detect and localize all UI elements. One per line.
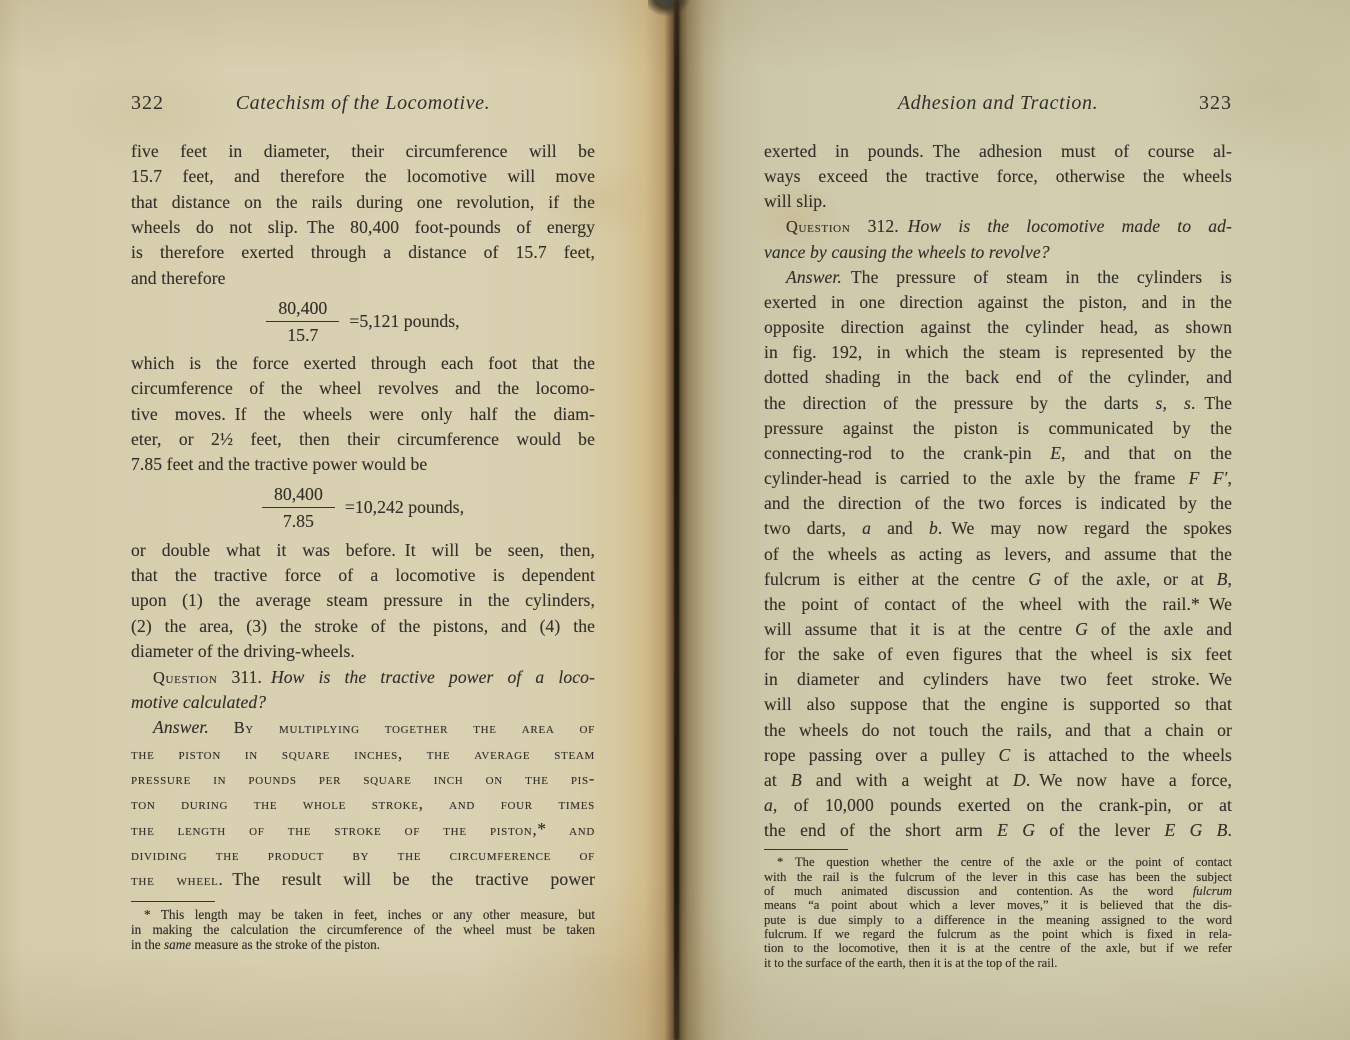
text-run: that distance on the rails during one re…: [131, 192, 595, 212]
footnote: * The question whether the centre of the…: [764, 849, 1232, 970]
text-line: Question 311. How is the tractive power …: [131, 665, 595, 690]
text-line: Answer. The pressure of steam in the cyl…: [764, 265, 1232, 290]
text-line: dotted shading in the back end of the cy…: [764, 365, 1232, 390]
text-line: opposite direction against the cylinder …: [764, 315, 1232, 340]
text-run: a: [862, 518, 871, 538]
spine-headband: [648, 0, 690, 16]
text-run: ton during the whole stroke, and four ti…: [131, 794, 595, 813]
text-line: and the direction of the two forces is i…: [764, 491, 1232, 516]
equation: 80,40015.7=5,121 pounds,: [131, 291, 595, 351]
text-run: of much animated discussion and contenti…: [764, 884, 1193, 898]
text-run: pressure in pounds per square inch on th…: [131, 769, 595, 788]
text-run: 311.: [217, 667, 270, 687]
text-run: two darts,: [764, 518, 862, 538]
text-line: circumference of the wheel revolves and …: [131, 376, 595, 401]
page-number: 323: [1199, 92, 1232, 115]
text-line: is therefore exerted through a distance …: [131, 240, 595, 265]
text-line: ton during the whole stroke, and four ti…: [131, 791, 595, 816]
text-run: measure as the stroke of the piston.: [191, 937, 380, 952]
text-run: of the lever: [1035, 820, 1164, 840]
text-line: vance by causing the wheels to revolve?: [764, 240, 1232, 265]
text-run: B: [1217, 569, 1228, 589]
text-run: 7.85 feet and the tractive power would b…: [131, 454, 427, 474]
fraction-numerator: 80,400: [266, 296, 339, 320]
text-run: * This length may be taken in feet, inch…: [144, 907, 595, 922]
text-run: dividing the product by the circumferenc…: [131, 845, 595, 864]
text-line: Question 312. How is the locomotive made…: [764, 214, 1232, 239]
text-run: exerted in pounds. The adhesion must of …: [764, 141, 1232, 161]
text-run: Answer.: [153, 717, 209, 737]
text-run: 15.7 feet, and therefore the locomotive …: [131, 166, 595, 186]
text-line: pute is due simply to a difference in th…: [764, 913, 1232, 927]
text-run: will assume that it is at the centre: [764, 619, 1075, 639]
text-run: E: [1050, 443, 1061, 463]
text-run: fulcrum is either at the centre: [764, 569, 1028, 589]
page-body: exerted in pounds. The adhesion must of …: [764, 139, 1232, 843]
text-run: will slip.: [764, 191, 827, 211]
text-line: pressure in pounds per square inch on th…: [131, 766, 595, 791]
text-run: in diameter and cylinders have two feet …: [764, 669, 1232, 689]
text-run: rope passing over a pulley: [764, 745, 998, 765]
text-run: ways exceed the tractive force, otherwis…: [764, 166, 1232, 186]
text-run: a: [764, 795, 773, 815]
page-body: five feet in diameter, their circumferen…: [131, 139, 595, 893]
text-run: and the direction of the two forces is i…: [764, 493, 1232, 513]
text-run: The pressure of steam in the cylinders i…: [842, 267, 1232, 287]
fraction: 80,40015.7: [266, 296, 339, 347]
text-line: of much animated discussion and contenti…: [764, 884, 1232, 898]
fraction: 80,4007.85: [262, 482, 335, 533]
text-line: fulcrum is either at the centre G of the…: [764, 567, 1232, 592]
text-run: b: [929, 518, 938, 538]
fraction-denominator: 15.7: [275, 323, 330, 347]
text-run: and: [871, 518, 929, 538]
text-run: cylinder-head is carried to the axle by …: [764, 468, 1189, 488]
text-line: eter, or 2½ feet, then their circumferen…: [131, 427, 595, 452]
footnote-lines: * This length may be taken in feet, inch…: [131, 907, 595, 953]
text-line: 15.7 feet, and therefore the locomotive …: [131, 164, 595, 189]
text-run: upon (1) the average steam pressure in t…: [131, 590, 595, 610]
text-run: Answer.: [786, 267, 842, 287]
text-run: and therefore: [131, 268, 226, 288]
text-run: and: [569, 820, 595, 839]
page-header: 322 Catechism of the Locomotive.: [131, 92, 595, 116]
text-line: the wheels do not touch the rails, and t…: [764, 718, 1232, 743]
text-run: G: [1028, 569, 1041, 589]
text-run: G: [1075, 619, 1088, 639]
text-line: rope passing over a pulley C is attached…: [764, 743, 1232, 768]
text-run: in making the calculation the circumfere…: [131, 922, 595, 937]
text-run: vance by causing the wheels to revolve?: [764, 242, 1050, 262]
book-spread: 322 Catechism of the Locomotive. five fe…: [0, 0, 1350, 1040]
text-line: in the same measure as the stroke of the…: [131, 937, 595, 952]
text-run: How is the locomotive made to ad-: [908, 216, 1232, 236]
text-run: circumference of the wheel revolves and …: [131, 378, 595, 398]
text-line: * This length may be taken in feet, inch…: [131, 907, 595, 922]
text-run: , of 10,000 pounds exerted on the crank-…: [773, 795, 1232, 815]
text-line: five feet in diameter, their circumferen…: [131, 139, 595, 164]
fraction-bar: [262, 507, 335, 508]
footnote-rule: [131, 901, 215, 902]
text-run: connecting-rod to the crank-pin: [764, 443, 1050, 463]
text-line: which is the force exerted through each …: [131, 351, 595, 376]
text-run: .: [1228, 820, 1233, 840]
footnote: * This length may be taken in feet, inch…: [131, 901, 595, 953]
text-run: F F′: [1189, 468, 1228, 488]
text-run: motive calculated?: [131, 692, 266, 712]
page-right: Adhesion and Traction. 323 exerted in po…: [764, 92, 1232, 970]
text-line: the point of contact of the wheel with t…: [764, 592, 1232, 617]
text-line: tive moves. If the wheels were only half…: [131, 402, 595, 427]
text-line: will slip.: [764, 189, 1232, 214]
text-run: 312.: [850, 216, 907, 236]
text-line: connecting-rod to the crank-pin E, and t…: [764, 441, 1232, 466]
text-run: will also suppose that the engine is sup…: [764, 694, 1232, 714]
text-run: *: [537, 819, 569, 839]
text-line: and therefore: [131, 266, 595, 291]
equation-result: =5,121 pounds,: [349, 311, 459, 332]
text-run: opposite direction against the cylinder …: [764, 317, 1232, 337]
text-line: of the wheels as acting as levers, and a…: [764, 542, 1232, 567]
text-run: D: [1013, 770, 1026, 790]
text-run: E G B: [1164, 820, 1227, 840]
text-run: the piston in square inches, the average…: [131, 744, 595, 763]
text-line: in making the calculation the circumfere…: [131, 922, 595, 937]
text-line: two darts, a and b. We may now regard th…: [764, 516, 1232, 541]
footnote-rule: [764, 849, 848, 850]
text-run: of the axle, or at: [1041, 569, 1217, 589]
text-line: means “a point about which a lever moves…: [764, 898, 1232, 912]
running-title: Catechism of the Locomotive.: [131, 92, 595, 115]
text-line: tion to the locomotive, then it is at th…: [764, 941, 1232, 955]
text-line: motive calculated?: [131, 690, 595, 715]
text-line: ways exceed the tractive force, otherwis…: [764, 164, 1232, 189]
text-run: in the: [131, 937, 164, 952]
text-run: fulcrum: [1193, 884, 1232, 898]
footnote-lines: * The question whether the centre of the…: [764, 855, 1232, 970]
text-run: dotted shading in the back end of the cy…: [764, 367, 1232, 387]
text-run: with the rail is the fulcrum of the leve…: [764, 870, 1232, 884]
text-run: in fig. 192, in which the steam is repre…: [764, 342, 1232, 362]
text-line: will assume that it is at the centre G o…: [764, 617, 1232, 642]
equation: 80,4007.85=10,242 pounds,: [131, 478, 595, 538]
text-run: that the tractive force of a locomotive …: [131, 565, 595, 585]
text-line: the end of the short arm E G of the leve…: [764, 818, 1232, 843]
text-line: with the rail is the fulcrum of the leve…: [764, 870, 1232, 884]
equation-result: =10,242 pounds,: [345, 497, 464, 518]
fraction-denominator: 7.85: [271, 509, 326, 533]
text-run: the length of the stroke of the piston,: [131, 820, 537, 839]
text-line: the wheel. The result will be the tracti…: [131, 867, 595, 892]
text-run: of the wheels as acting as levers, and a…: [764, 544, 1232, 564]
text-line: for the sake of even figures that the wh…: [764, 642, 1232, 667]
text-run: B: [791, 770, 802, 790]
text-run: By multiplying together the area of: [234, 718, 595, 737]
text-run: How is the tractive power of a loco-: [271, 667, 595, 687]
text-run: (2) the area, (3) the stroke of the pist…: [131, 616, 595, 636]
text-line: cylinder-head is carried to the axle by …: [764, 466, 1232, 491]
text-run: five feet in diameter, their circumferen…: [131, 141, 595, 161]
text-run: s, s: [1156, 393, 1191, 413]
text-run: or double what it was before. It will be…: [131, 540, 595, 560]
text-run: exerted in one direction against the pis…: [764, 292, 1232, 312]
text-line: that the tractive force of a locomotive …: [131, 563, 595, 588]
text-run: Question: [153, 668, 217, 687]
page-header: Adhesion and Traction. 323: [764, 92, 1232, 116]
text-line: exerted in one direction against the pis…: [764, 290, 1232, 315]
text-run: . We may now regard the spokes: [938, 518, 1232, 538]
text-run: pressure against the piston is communica…: [764, 418, 1232, 438]
running-title: Adhesion and Traction.: [764, 92, 1232, 115]
text-run: ,: [1228, 468, 1233, 488]
text-run: the point of contact of the wheel with t…: [764, 594, 1232, 614]
text-run: , and that on the: [1061, 443, 1232, 463]
text-run: ,: [1228, 569, 1233, 589]
text-line: or double what it was before. It will be…: [131, 538, 595, 563]
text-line: dividing the product by the circumferenc…: [131, 842, 595, 867]
text-line: * The question whether the centre of the…: [764, 855, 1232, 869]
text-line: in diameter and cylinders have two feet …: [764, 667, 1232, 692]
text-line: (2) the area, (3) the stroke of the pist…: [131, 614, 595, 639]
text-line: in fig. 192, in which the steam is repre…: [764, 340, 1232, 365]
text-run: tive moves. If the wheels were only half…: [131, 404, 595, 424]
text-run: same: [164, 937, 191, 952]
text-run: . We now have a force,: [1026, 770, 1232, 790]
text-run: C: [998, 745, 1010, 765]
text-run: the wheels do not touch the rails, and t…: [764, 720, 1232, 740]
text-run: tion to the locomotive, then it is at th…: [764, 941, 1232, 955]
text-run: for the sake of even figures that the wh…: [764, 644, 1232, 664]
text-run: of the axle and: [1088, 619, 1232, 639]
text-line: it to the surface of the earth, then it …: [764, 956, 1232, 970]
fraction-bar: [266, 321, 339, 322]
text-run: at: [764, 770, 791, 790]
text-line: the piston in square inches, the average…: [131, 741, 595, 766]
text-run: E G: [997, 820, 1035, 840]
text-run: diameter of the driving-wheels.: [131, 641, 355, 661]
text-line: a, of 10,000 pounds exerted on the crank…: [764, 793, 1232, 818]
text-run: the end of the short arm: [764, 820, 997, 840]
text-line: at B and with a weight at D. We now have…: [764, 768, 1232, 793]
text-run: * The question whether the centre of the…: [777, 855, 1232, 869]
text-run: Question: [786, 217, 850, 236]
text-line: 7.85 feet and the tractive power would b…: [131, 452, 595, 477]
text-run: The result will be the tractive power: [223, 869, 595, 889]
text-line: the length of the stroke of the piston,*…: [131, 817, 595, 842]
text-run: the direction of the pressure by the dar…: [764, 393, 1156, 413]
text-line: wheels do not slip. The 80,400 foot-poun…: [131, 215, 595, 240]
text-run: is therefore exerted through a distance …: [131, 242, 595, 262]
text-line: exerted in pounds. The adhesion must of …: [764, 139, 1232, 164]
text-run: the wheel.: [131, 870, 223, 889]
text-line: pressure against the piston is communica…: [764, 416, 1232, 441]
text-line: upon (1) the average steam pressure in t…: [131, 588, 595, 613]
text-run: it to the surface of the earth, then it …: [764, 956, 1057, 970]
text-run: which is the force exerted through each …: [131, 353, 595, 373]
gutter-crease: [674, 0, 679, 1040]
text-run: pute is due simply to a difference in th…: [764, 913, 1232, 927]
text-run: means “a point about which a lever moves…: [764, 898, 1232, 912]
text-line: Answer. By multiplying together the area…: [131, 715, 595, 740]
text-line: that distance on the rails during one re…: [131, 190, 595, 215]
text-line: fulcrum. If we regard the fulcrum as the…: [764, 927, 1232, 941]
text-run: eter, or 2½ feet, then their circumferen…: [131, 429, 595, 449]
text-run: is attached to the wheels: [1010, 745, 1232, 765]
text-run: [209, 717, 234, 737]
fraction-numerator: 80,400: [262, 482, 335, 506]
text-line: will also suppose that the engine is sup…: [764, 692, 1232, 717]
text-run: . The: [1191, 393, 1232, 413]
text-run: wheels do not slip. The 80,400 foot-poun…: [131, 217, 595, 237]
text-line: the direction of the pressure by the dar…: [764, 391, 1232, 416]
text-line: diameter of the driving-wheels.: [131, 639, 595, 664]
text-run: fulcrum. If we regard the fulcrum as the…: [764, 927, 1232, 941]
page-left: 322 Catechism of the Locomotive. five fe…: [131, 92, 595, 953]
text-run: and with a weight at: [802, 770, 1013, 790]
